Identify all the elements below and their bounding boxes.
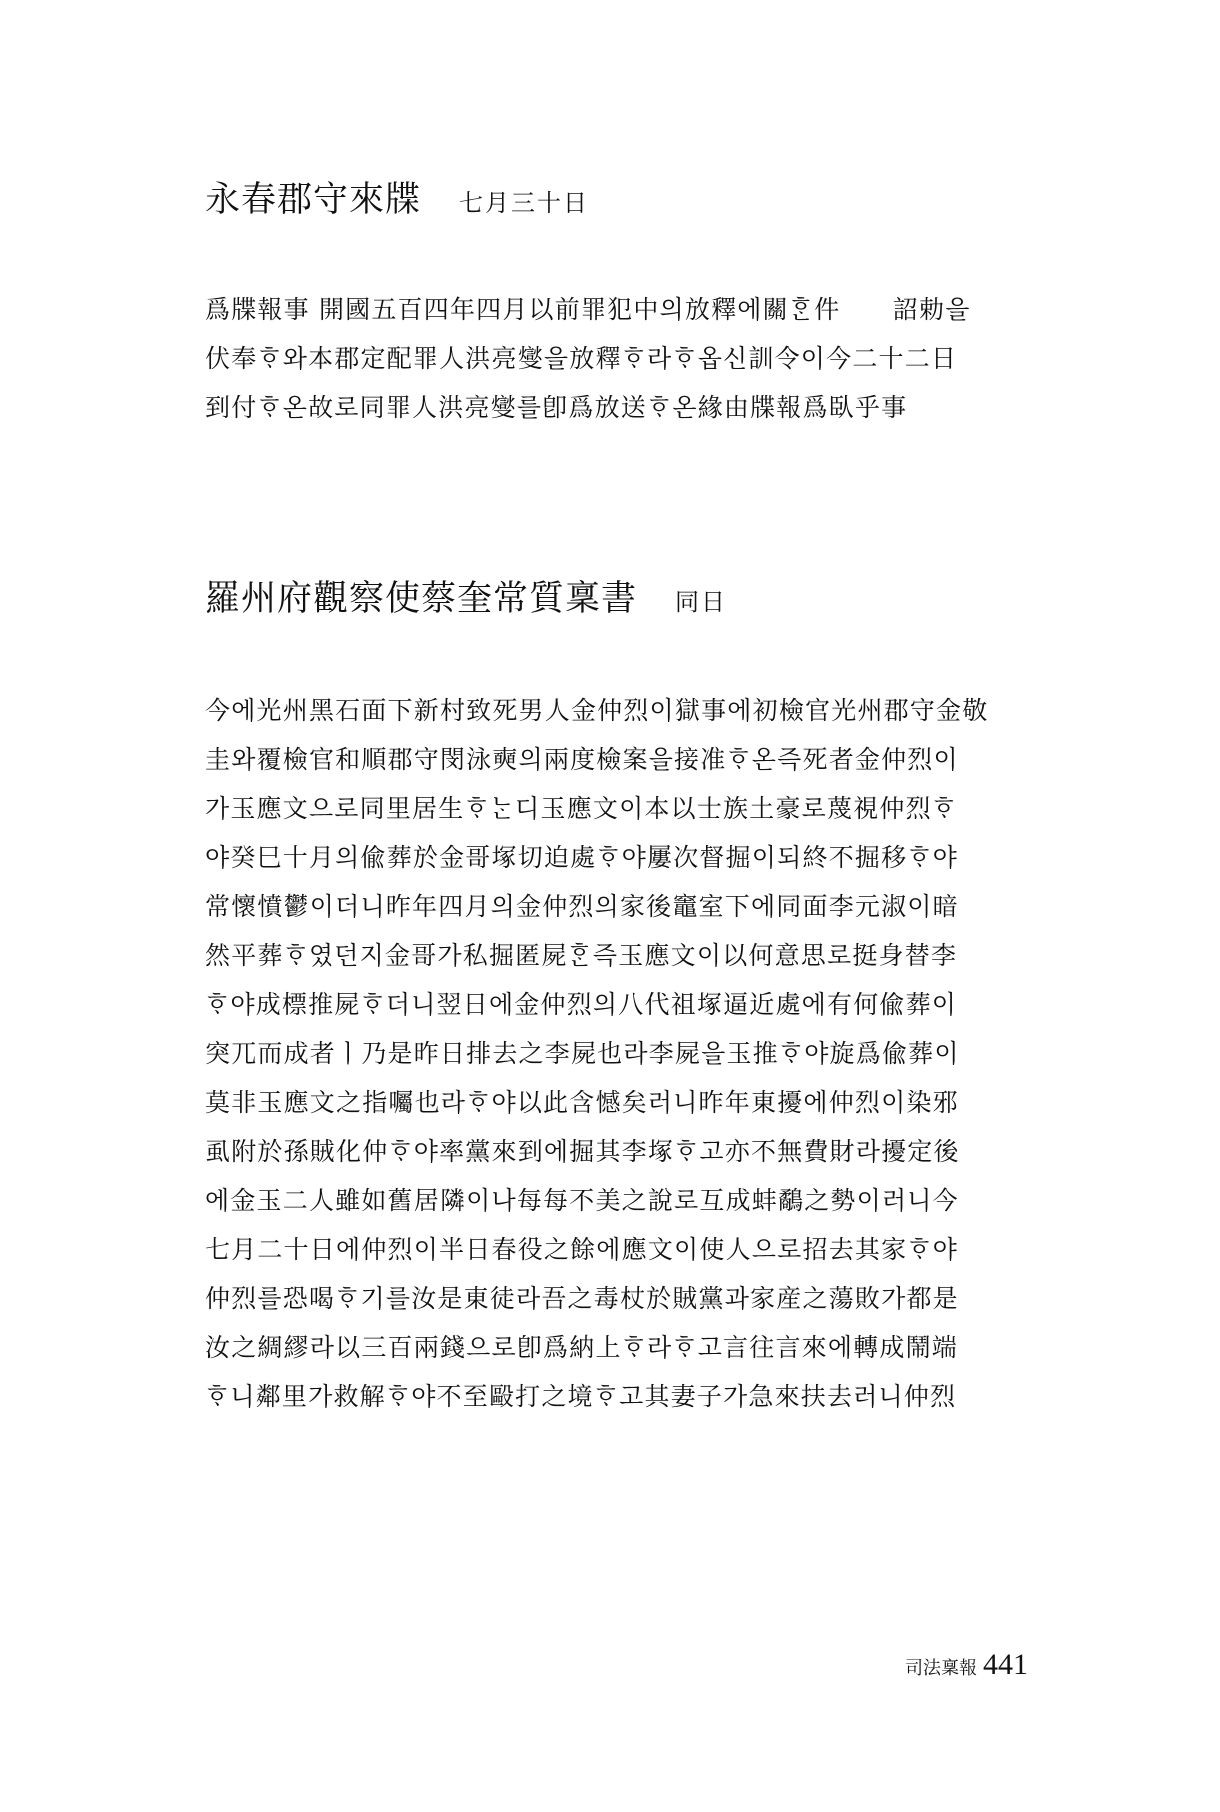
text-line: 莫非玉應文之指囑也라ᄒᆞ야以此含憾矣러니昨年東擾에仲烈이染邪 bbox=[205, 1078, 1055, 1127]
text-line: 가玉應文으로同里居生ᄒᆞᄂᆞᆫ디玉應文이本以士族土豪로蔑視仲烈ᄒᆞ bbox=[205, 784, 1055, 833]
text-line: ᄒᆞ니鄰里가救解ᄒᆞ야不至毆打之境ᄒᆞ고其妻子가急來扶去러니仲烈 bbox=[205, 1372, 1055, 1421]
section-body: 爲牒報事 開國五百四年四月以前罪犯中의放釋에關ᄒᆞᆫ件 詔勅을 伏奉ᄒᆞ와本郡定… bbox=[205, 285, 1055, 432]
text-line: 七月二十日에仲烈이半日春役之餘에應文이使人으로招去其家ᄒᆞ야 bbox=[205, 1225, 1055, 1274]
section-date: 七月三十日 bbox=[459, 189, 589, 217]
section-title-text: 羅州府觀察使蔡奎常質稟書 bbox=[205, 579, 637, 619]
text-line: ᄒᆞ야成標推屍ᄒᆞ더니翌日에金仲烈의八代祖塚逼近處에有何偸葬이 bbox=[205, 980, 1055, 1029]
page-number: 441 bbox=[983, 1648, 1028, 1681]
text-line: 爲牒報事 開國五百四年四月以前罪犯中의放釋에關ᄒᆞᆫ件 詔勅을 bbox=[205, 285, 1055, 334]
text-line: 仲烈를恐喝ᄒᆞ기를汝是東徒라吾之毒杖於賊黨과家産之蕩敗가都是 bbox=[205, 1274, 1055, 1323]
text-line: 突兀而成者ㅣ乃是昨日排去之李屍也라李屍을玉推ᄒᆞ야旋爲偸葬이 bbox=[205, 1029, 1055, 1078]
section-title: 羅州府觀察使蔡奎常質稟書同日 bbox=[205, 582, 727, 617]
text-line: 야癸巳十月의偸葬於金哥塚切迫處ᄒᆞ야屢次督掘이되終不掘移ᄒᆞ야 bbox=[205, 833, 1055, 882]
text-line: 汝之綢繆라以三百兩錢으로卽爲納上ᄒᆞ라ᄒᆞ고言往言來에轉成鬧端 bbox=[205, 1323, 1055, 1372]
text-line: 今에光州黑石面下新村致死男人金仲烈이獄事에初檢官光州郡守金敬 bbox=[205, 686, 1055, 735]
text-line: 到付ᄒᆞ온故로同罪人洪亮燮를卽爲放送ᄒᆞ온緣由牒報爲臥乎事 bbox=[205, 383, 1055, 432]
page-footer: 司法稟報441 bbox=[905, 1648, 1028, 1682]
text-line: 然平葬ᄒᆞ였던지金哥가私掘匿屍ᄒᆞᆫ즉玉應文이以何意思로挺身替李 bbox=[205, 931, 1055, 980]
text-line: 圭와覆檢官和順郡守閔泳奭의兩度檢案을接准ᄒᆞ온즉死者金仲烈이 bbox=[205, 735, 1055, 784]
publication-name: 司法稟報 bbox=[905, 1658, 977, 1679]
text-line: 에金玉二人雖如舊居隣이나每每不美之說로互成蚌鷸之勢이러니今 bbox=[205, 1176, 1055, 1225]
section-date: 同日 bbox=[675, 588, 727, 616]
section-title-text: 永春郡守來牒 bbox=[205, 180, 421, 220]
text-line: 伏奉ᄒᆞ와本郡定配罪人洪亮燮을放釋ᄒᆞ라ᄒᆞ옵신訓令이今二十二日 bbox=[205, 334, 1055, 383]
text-line: 虱附於孫賊化仲ᄒᆞ야率黨來到에掘其李塚ᄒᆞ고亦不無費財라擾定後 bbox=[205, 1127, 1055, 1176]
section-body: 今에光州黑石面下新村致死男人金仲烈이獄事에初檢官光州郡守金敬 圭와覆檢官和順郡守… bbox=[205, 686, 1055, 1421]
section-title: 永春郡守來牒七月三十日 bbox=[205, 183, 589, 218]
text-line: 常懷憤鬱이더니昨年四月의金仲烈의家後竈室下에同面李元淑이暗 bbox=[205, 882, 1055, 931]
